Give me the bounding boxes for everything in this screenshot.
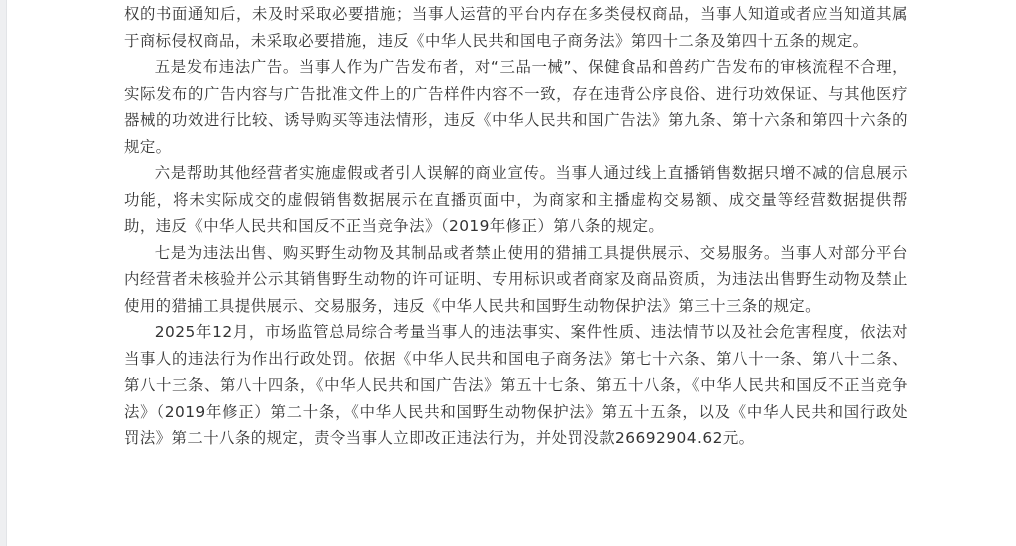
paragraph-trademark-continuation: 权的书面通知后，未及时采取必要措施；当事人运营的平台内存在多类侵权商品，当事人知… [124, 1, 908, 54]
article-body: 权的书面通知后，未及时采取必要措施；当事人运营的平台内存在多类侵权商品，当事人知… [124, 1, 908, 452]
paragraph-wildlife-trade: 七是为违法出售、购买野生动物及其制品或者禁止使用的猎捕工具提供展示、交易服务。当… [124, 240, 908, 320]
paragraph-false-promotion: 六是帮助其他经营者实施虚假或者引人误解的商业宣传。当事人通过线上直播销售数据只增… [124, 160, 908, 240]
paragraph-illegal-ads: 五是发布违法广告。当事人作为广告发布者，对“三品一械”、保健食品和兽药广告发布的… [124, 54, 908, 160]
paragraph-penalty-decision: 2025年12月，市场监管总局综合考量当事人的违法事实、案件性质、违法情节以及社… [124, 319, 908, 452]
left-gutter [0, 0, 7, 546]
